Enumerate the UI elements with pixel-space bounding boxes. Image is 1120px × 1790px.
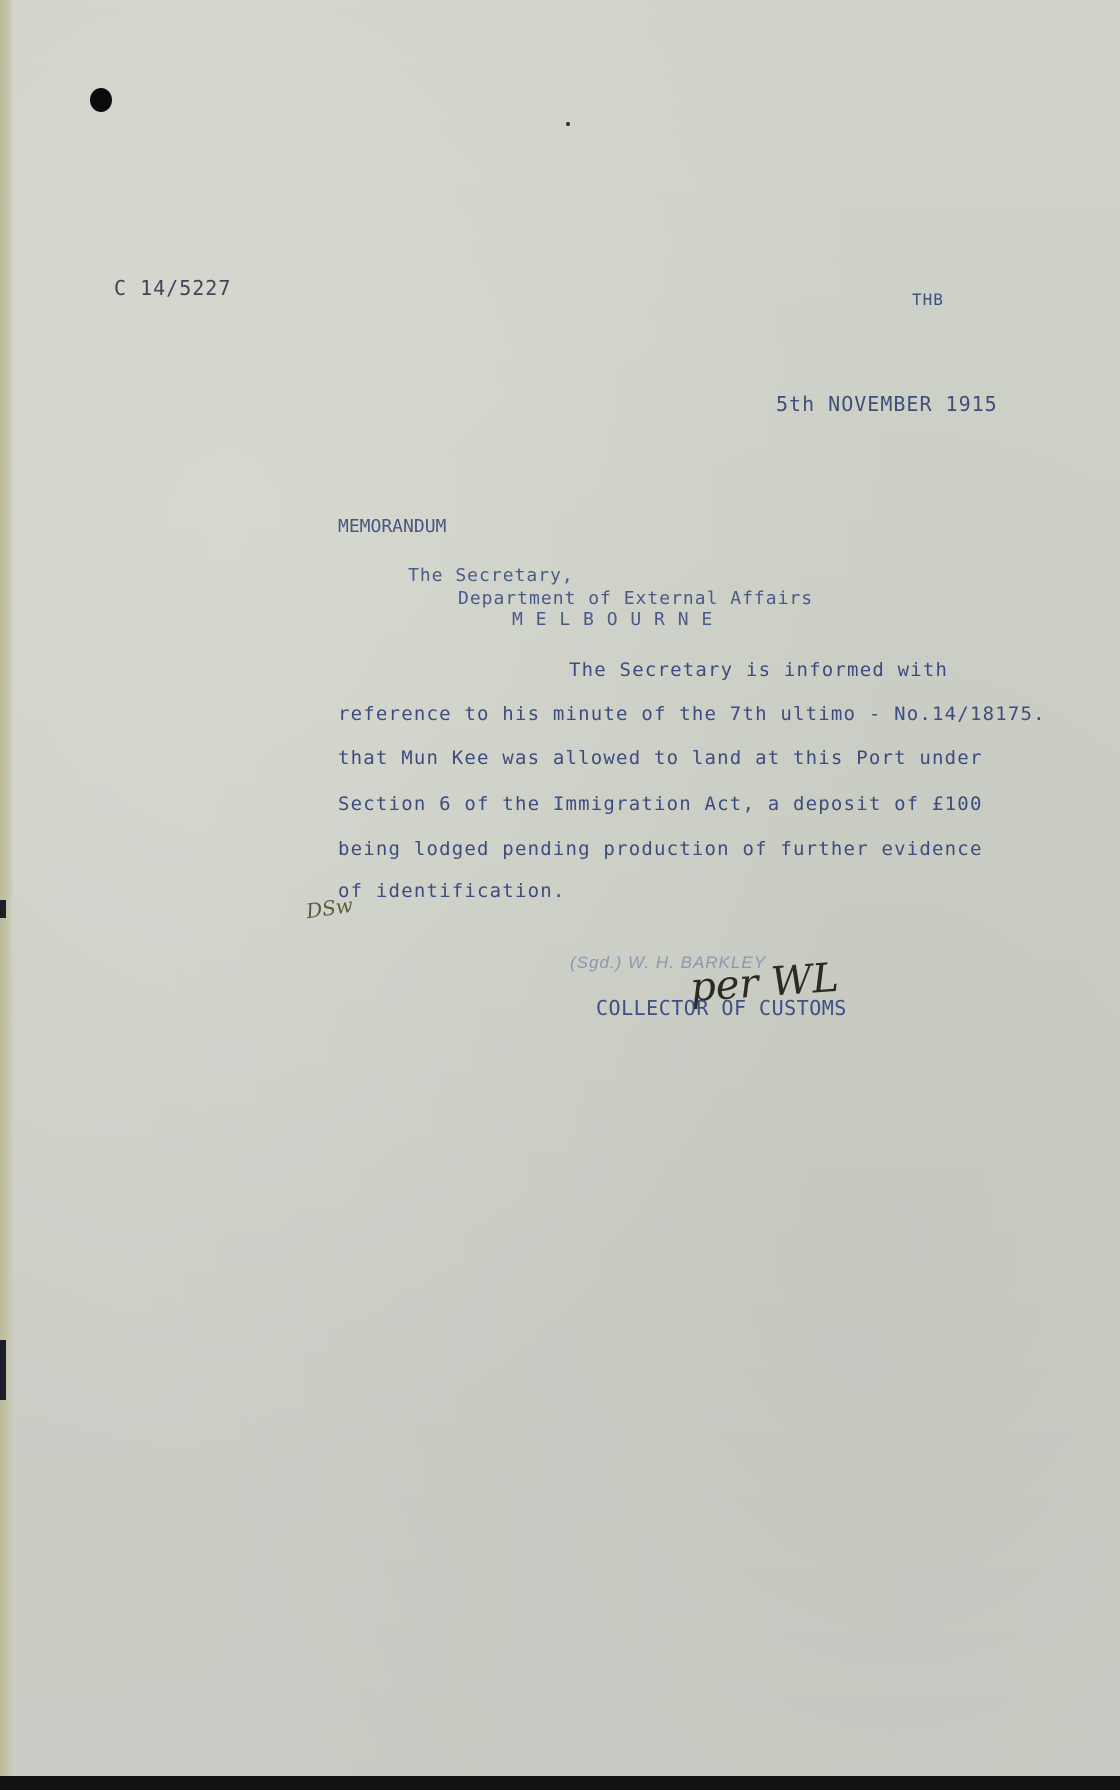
edge-mark — [0, 1340, 6, 1400]
margin-initials: DSw — [305, 893, 355, 923]
addressee-line: The Secretary, — [408, 567, 574, 585]
scan-bottom-border — [0, 1776, 1120, 1790]
body-line: The Secretary is informed with — [569, 661, 948, 680]
punch-hole-icon — [90, 88, 112, 112]
body-line: reference to his minute of the 7th ultim… — [338, 705, 1046, 724]
document-page: C 14/5227 THB 5th NOVEMBER 1915 MEMORAND… — [0, 0, 1120, 1778]
addressee-city: M E L B O U R N E — [512, 611, 713, 629]
document-date: 5th NOVEMBER 1915 — [776, 394, 998, 414]
ink-speck — [566, 122, 570, 126]
body-line: that Mun Kee was allowed to land at this… — [338, 749, 983, 768]
body-line: Section 6 of the Immigration Act, a depo… — [338, 795, 983, 814]
typist-initials: THB — [912, 292, 944, 308]
page-left-edge — [0, 0, 14, 1778]
file-reference: C 14/5227 — [114, 278, 231, 298]
signatory-title: COLLECTOR OF CUSTOMS — [596, 998, 847, 1018]
edge-mark — [0, 900, 6, 918]
memo-heading: MEMORANDUM — [338, 518, 446, 536]
addressee-line: Department of External Affairs — [458, 590, 813, 608]
body-line: being lodged pending production of furth… — [338, 840, 983, 859]
body-line: of identification. — [338, 882, 566, 901]
